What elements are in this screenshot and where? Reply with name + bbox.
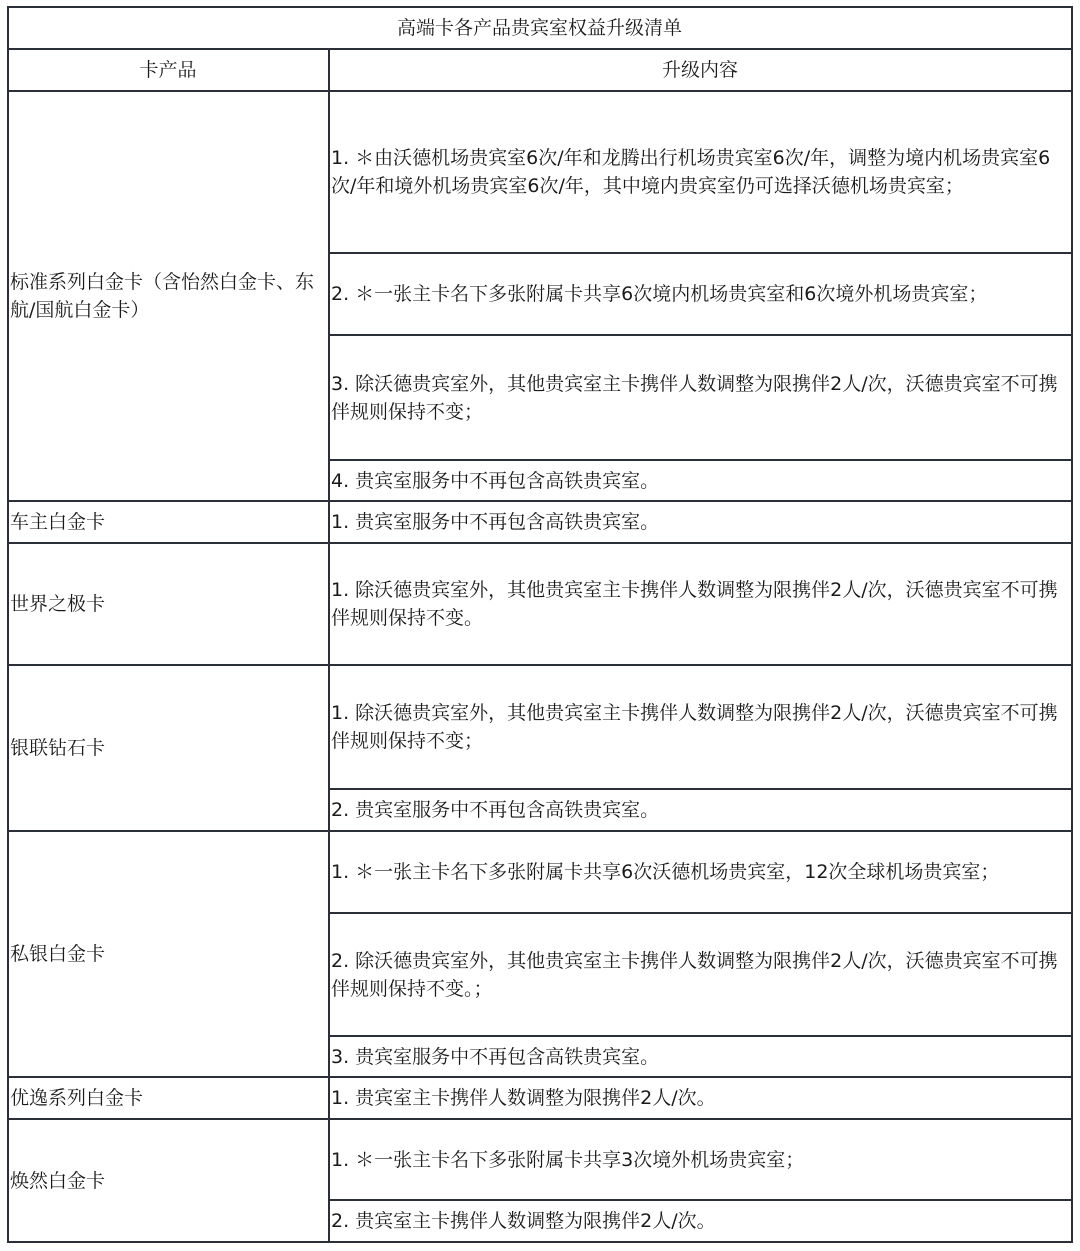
product-name: 银联钻石卡 xyxy=(8,665,329,831)
upgrade-item: 4. 贵宾室服务中不再包含高铁贵宾室。 xyxy=(329,460,1072,501)
table-header-row: 卡产品 升级内容 xyxy=(8,49,1072,91)
product-name: 私银白金卡 xyxy=(8,831,329,1077)
header-product: 卡产品 xyxy=(8,49,329,91)
table-row: 焕然白金卡 1. ＊一张主卡名下多张附属卡共享3次境外机场贵宾室； xyxy=(8,1119,1072,1200)
upgrade-item: 1. ＊由沃德机场贵宾室6次/年和龙腾出行机场贵宾室6次/年，调整为境内机场贵宾… xyxy=(329,91,1072,253)
upgrade-item: 3. 除沃德贵宾室外，其他贵宾室主卡携伴人数调整为限携伴2人/次，沃德贵宾室不可… xyxy=(329,335,1072,460)
table-row: 世界之极卡 1. 除沃德贵宾室外，其他贵宾室主卡携伴人数调整为限携伴2人/次，沃… xyxy=(8,543,1072,665)
upgrade-item: 1. ＊一张主卡名下多张附属卡共享6次沃德机场贵宾室，12次全球机场贵宾室； xyxy=(329,831,1072,913)
product-name: 标准系列白金卡（含怡然白金卡、东航/国航白金卡） xyxy=(8,91,329,501)
product-name: 世界之极卡 xyxy=(8,543,329,665)
upgrade-item: 2. 除沃德贵宾室外，其他贵宾室主卡携伴人数调整为限携伴2人/次，沃德贵宾室不可… xyxy=(329,913,1072,1036)
upgrade-item: 2. ＊一张主卡名下多张附属卡共享6次境内机场贵宾室和6次境外机场贵宾室； xyxy=(329,253,1072,335)
lounge-benefits-table: 高端卡各产品贵宾室权益升级清单 卡产品 升级内容 标准系列白金卡（含怡然白金卡、… xyxy=(7,6,1073,1243)
header-content: 升级内容 xyxy=(329,49,1072,91)
upgrade-item: 1. 贵宾室服务中不再包含高铁贵宾室。 xyxy=(329,501,1072,543)
table-row: 优逸系列白金卡 1. 贵宾室主卡携伴人数调整为限携伴2人/次。 xyxy=(8,1077,1072,1119)
upgrade-item: 1. 除沃德贵宾室外，其他贵宾室主卡携伴人数调整为限携伴2人/次，沃德贵宾室不可… xyxy=(329,665,1072,789)
upgrade-item: 1. ＊一张主卡名下多张附属卡共享3次境外机场贵宾室； xyxy=(329,1119,1072,1200)
product-name: 车主白金卡 xyxy=(8,501,329,543)
table-row: 标准系列白金卡（含怡然白金卡、东航/国航白金卡） 1. ＊由沃德机场贵宾室6次/… xyxy=(8,91,1072,253)
product-name: 焕然白金卡 xyxy=(8,1119,329,1242)
table-row: 车主白金卡 1. 贵宾室服务中不再包含高铁贵宾室。 xyxy=(8,501,1072,543)
upgrade-item: 1. 除沃德贵宾室外，其他贵宾室主卡携伴人数调整为限携伴2人/次，沃德贵宾室不可… xyxy=(329,543,1072,665)
upgrade-item: 2. 贵宾室主卡携伴人数调整为限携伴2人/次。 xyxy=(329,1200,1072,1242)
product-name: 优逸系列白金卡 xyxy=(8,1077,329,1119)
table-title-row: 高端卡各产品贵宾室权益升级清单 xyxy=(8,7,1072,49)
upgrade-item: 2. 贵宾室服务中不再包含高铁贵宾室。 xyxy=(329,789,1072,831)
upgrade-item: 3. 贵宾室服务中不再包含高铁贵宾室。 xyxy=(329,1036,1072,1077)
table-row: 私银白金卡 1. ＊一张主卡名下多张附属卡共享6次沃德机场贵宾室，12次全球机场… xyxy=(8,831,1072,913)
table-row: 银联钻石卡 1. 除沃德贵宾室外，其他贵宾室主卡携伴人数调整为限携伴2人/次，沃… xyxy=(8,665,1072,789)
table-title: 高端卡各产品贵宾室权益升级清单 xyxy=(8,7,1072,49)
upgrade-item: 1. 贵宾室主卡携伴人数调整为限携伴2人/次。 xyxy=(329,1077,1072,1119)
